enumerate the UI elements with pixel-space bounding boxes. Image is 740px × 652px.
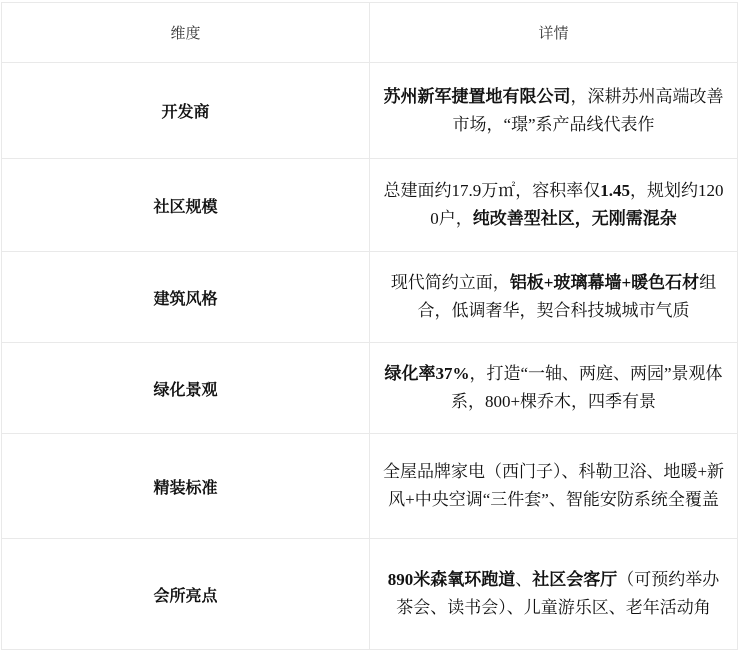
detail-text-bold: 绿化率37% [384, 364, 469, 383]
table-row: 精装标准全屋品牌家电（西门子）、科勒卫浴、地暖+新风+中央空调“三件套”、智能安… [2, 434, 738, 539]
table-header: 维度 详情 [2, 3, 738, 63]
detail-text-bold: 苏州新军捷置地有限公司 [384, 87, 571, 106]
detail-text: ，打造“一轴、两庭、两园”景观体系，800+棵乔木，四季有景 [451, 364, 723, 411]
column-header-dimension: 维度 [2, 3, 370, 63]
detail-text-bold: 890米森氧环跑道 [388, 570, 516, 589]
detail-cell: 总建面约17.9万㎡，容积率仅1.45，规划约1200户，纯改善型社区，无刚需混… [370, 159, 738, 252]
detail-cell: 苏州新军捷置地有限公司，深耕苏州高端改善市场，“璟”系产品线代表作 [370, 63, 738, 159]
column-header-detail: 详情 [370, 3, 738, 63]
dimension-cell: 绿化景观 [2, 343, 370, 434]
table-row: 绿化景观绿化率37%，打造“一轴、两庭、两园”景观体系，800+棵乔木，四季有景 [2, 343, 738, 434]
detail-cell: 绿化率37%，打造“一轴、两庭、两园”景观体系，800+棵乔木，四季有景 [370, 343, 738, 434]
dimension-cell: 开发商 [2, 63, 370, 159]
table-row: 会所亮点890米森氧环跑道、社区会客厅（可预约举办茶会、读书会）、儿童游乐区、老… [2, 539, 738, 650]
detail-text: 、 [515, 570, 532, 589]
detail-cell: 现代简约立面，铝板+玻璃幕墙+暖色石材组合，低调奢华，契合科技城城市气质 [370, 252, 738, 343]
detail-cell: 全屋品牌家电（西门子）、科勒卫浴、地暖+新风+中央空调“三件套”、智能安防系统全… [370, 434, 738, 539]
table-row: 开发商苏州新军捷置地有限公司，深耕苏州高端改善市场，“璟”系产品线代表作 [2, 63, 738, 159]
dimension-cell: 会所亮点 [2, 539, 370, 650]
property-info-table: 维度 详情 开发商苏州新军捷置地有限公司，深耕苏州高端改善市场，“璟”系产品线代… [1, 2, 738, 650]
dimension-cell: 建筑风格 [2, 252, 370, 343]
detail-text-bold: 社区会客厅 [532, 570, 617, 589]
detail-cell: 890米森氧环跑道、社区会客厅（可预约举办茶会、读书会）、儿童游乐区、老年活动角 [370, 539, 738, 650]
detail-text: 现代简约立面， [391, 273, 510, 292]
dimension-cell: 精装标准 [2, 434, 370, 539]
detail-text-bold: 纯改善型社区，无刚需混杂 [473, 209, 677, 228]
table-row: 建筑风格现代简约立面，铝板+玻璃幕墙+暖色石材组合，低调奢华，契合科技城城市气质 [2, 252, 738, 343]
detail-text: 全屋品牌家电（西门子）、科勒卫浴、地暖+新风+中央空调“三件套”、智能安防系统全… [383, 462, 724, 509]
header-row: 维度 详情 [2, 3, 738, 63]
detail-text-bold: 1.45 [600, 181, 630, 200]
table-row: 社区规模总建面约17.9万㎡，容积率仅1.45，规划约1200户，纯改善型社区，… [2, 159, 738, 252]
table-body: 开发商苏州新军捷置地有限公司，深耕苏州高端改善市场，“璟”系产品线代表作社区规模… [2, 63, 738, 650]
detail-text: 总建面约17.9万㎡，容积率仅 [384, 181, 601, 200]
dimension-cell: 社区规模 [2, 159, 370, 252]
detail-text-bold: 铝板+玻璃幕墙+暖色石材 [510, 273, 699, 292]
